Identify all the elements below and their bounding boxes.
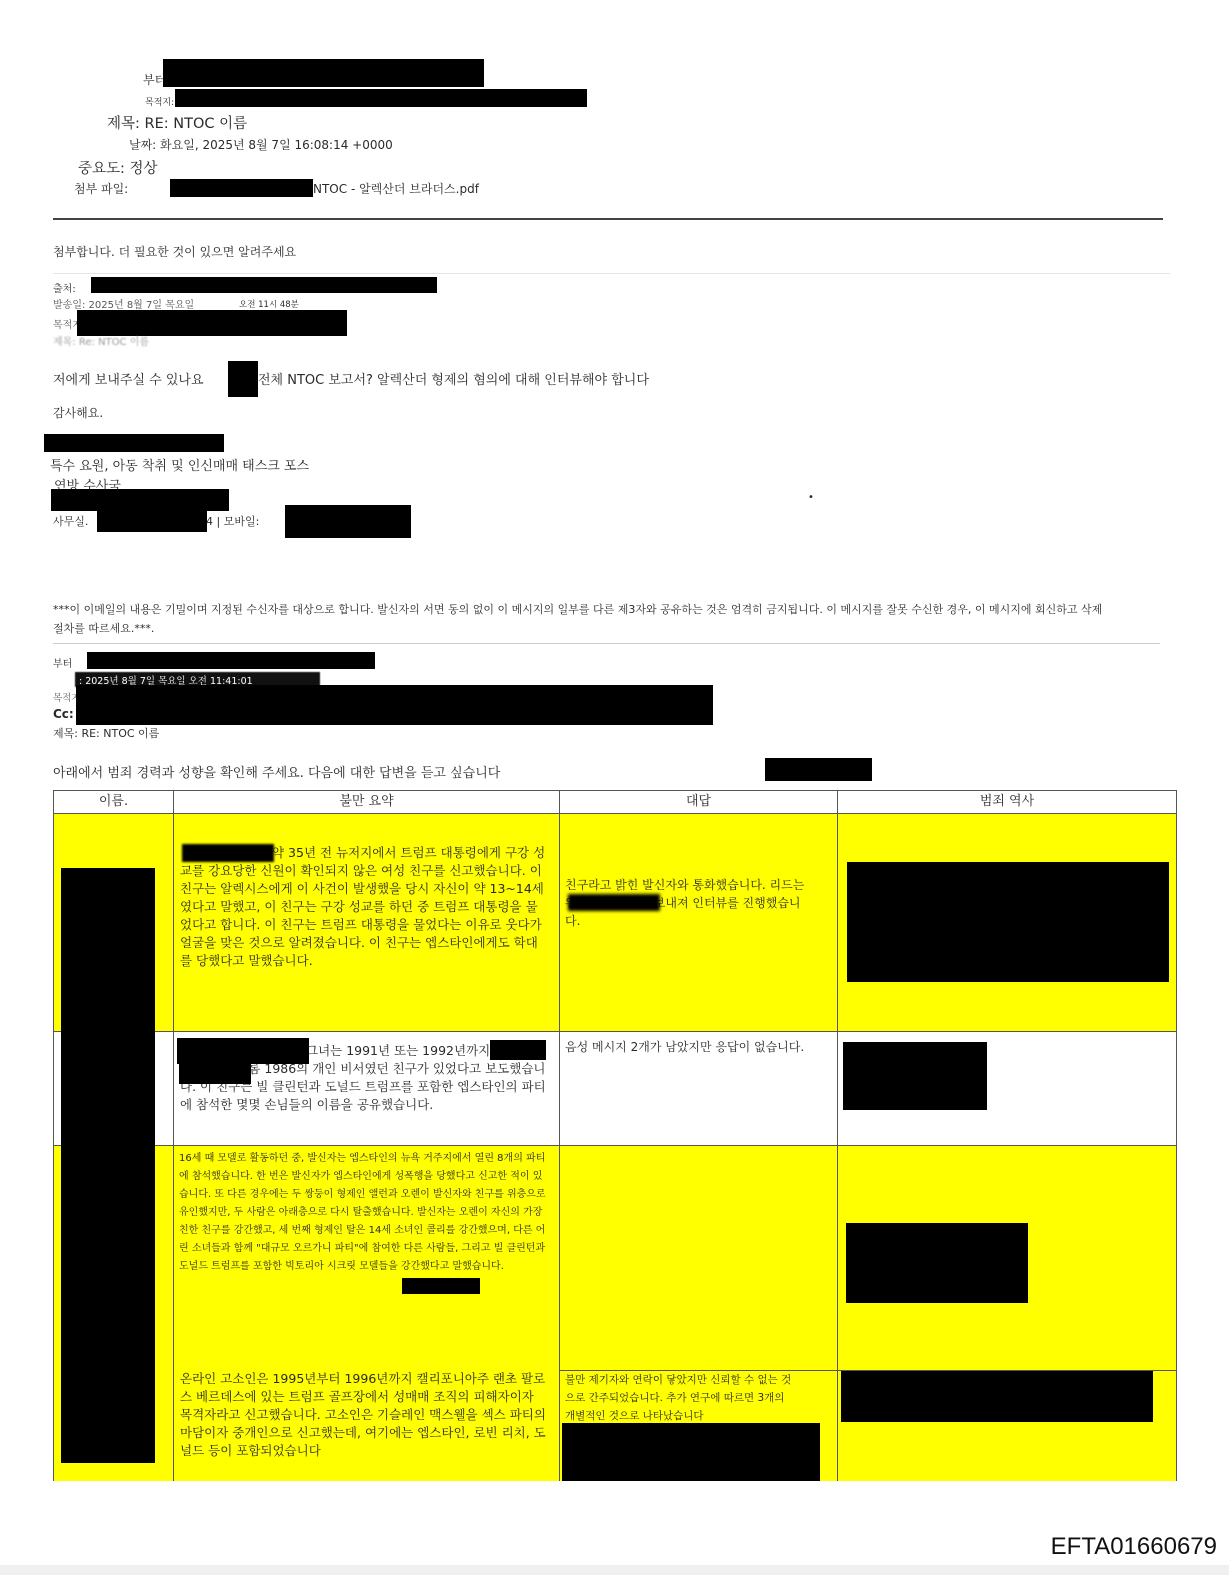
subject: 제목: RE: NTOC 이름 [107, 112, 247, 133]
divider [53, 643, 1160, 644]
request-text-cont: 전체 NTOC 보고서? 알렉산더 형제의 혐의에 대해 인터뷰해야 합니다 [258, 369, 649, 388]
redaction [163, 59, 484, 87]
to-label: 목적지: [145, 95, 174, 108]
redaction [91, 277, 437, 293]
response-text: 불만 제기자와 연락이 닿았지만 신뢰할 수 없는 것으로 간주되었습니다. 추… [565, 1371, 795, 1425]
response-text: 음성 메시지 2개가 남았지만 응답이 없습니다. [565, 1038, 825, 1056]
redaction [562, 1423, 820, 1481]
redaction [765, 758, 872, 781]
disclaimer-line-2: 절차를 따르세요.***. [53, 620, 154, 636]
summary-text: 16세 때 모델로 활동하던 중, 발신자는 엡스타인의 뉴욕 거주지에서 열린… [179, 1150, 551, 1276]
attachments-label: 첨부 파일: [74, 180, 128, 197]
subject: 제목: RE: NTOC 이름 [53, 725, 159, 741]
header-response: 대답 [560, 791, 838, 813]
redaction [44, 434, 224, 452]
table-row: 온라인 고소인은 1995년부터 1996년까지 캘리포니아주 랜초 팔로스 베… [53, 1371, 1177, 1481]
header-name: 이름. [54, 791, 174, 813]
importance: 중요도: 정상 [78, 157, 158, 178]
attachment-link[interactable]: NTOC - 알렉산더 브라더스.pdf [313, 180, 479, 197]
redaction [847, 862, 1169, 982]
subject: 제목: Re: NTOC 이름 [53, 333, 149, 348]
summary-text: 온라인 고소인은 1995년부터 1996년까지 캘리포니아주 랜초 팔로스 베… [180, 1370, 546, 1460]
redaction [846, 1223, 1028, 1303]
table-row: 그녀는 1991년 또는 1992년까지 , 엡스타인 플론다 트롬 1986의… [53, 1032, 1177, 1146]
redaction [285, 505, 411, 538]
name-redaction [61, 868, 155, 1463]
page-edge [0, 1565, 1229, 1575]
thanks: 감사해요. [53, 404, 103, 421]
from-label: 부터 [53, 655, 72, 670]
divider [53, 218, 1163, 220]
from-label: 출처: [53, 280, 76, 295]
header-summary: 불만 요약 [174, 791, 560, 813]
redaction [175, 89, 587, 107]
divider [53, 273, 1170, 274]
table-row: 16세 때 모델로 활동하던 중, 발신자는 엡스타인의 뉴욕 거주지에서 열린… [53, 1146, 1177, 1371]
dot-mark: • [808, 492, 814, 503]
redaction [179, 1062, 251, 1084]
summary-text: 약 35년 전 뉴저지에서 트럼프 대통령에게 구강 성교를 강요당한 신원이 … [180, 844, 546, 970]
sent-date: 발송일: 2025년 8월 7일 목요일 [53, 296, 194, 311]
intro-text: 아래에서 범죄 경력과 성향을 확인해 주세요. 다음에 대한 답변을 듣고 싶… [53, 762, 500, 781]
sent-time: 오전 11시 48분 [239, 298, 299, 310]
office-label: 사무실. [53, 513, 88, 529]
redaction [568, 894, 660, 911]
disclaimer-line-1: ***이 이메일의 내용은 기밀이며 지정된 수신자를 대상으로 합니다. 발신… [53, 601, 1102, 617]
cc-label: Cc: [53, 707, 74, 721]
header-criminal-history: 범죄 역사 [838, 791, 1176, 813]
document-id: EFTA01660679 [1051, 1533, 1217, 1561]
date: 날짜: 화요일, 2025년 8월 7일 16:08:14 +0000 [129, 136, 393, 153]
redaction [402, 1278, 480, 1294]
reply-body: 첨부합니다. 더 필요한 것이 있으면 알려주세요 [53, 243, 296, 260]
office-suffix: 4 | 모바일: [206, 513, 259, 529]
signature-title: 특수 요원, 아동 착취 및 인신매매 태스크 포스 [50, 455, 309, 474]
redaction [76, 685, 713, 725]
redaction [841, 1371, 1153, 1422]
redaction [97, 505, 207, 532]
redaction [228, 361, 258, 397]
redaction [177, 1038, 309, 1064]
redaction [490, 1040, 546, 1060]
redaction [843, 1042, 987, 1110]
redaction [170, 179, 313, 197]
table-header: 이름. 불만 요약 대답 범죄 역사 [53, 790, 1177, 814]
request-text: 저에게 보내주실 수 있나요 [53, 369, 204, 388]
table-row: 약 35년 전 뉴저지에서 트럼프 대통령에게 구강 성교를 강요당한 신원이 … [53, 814, 1177, 1032]
redaction [87, 652, 375, 669]
